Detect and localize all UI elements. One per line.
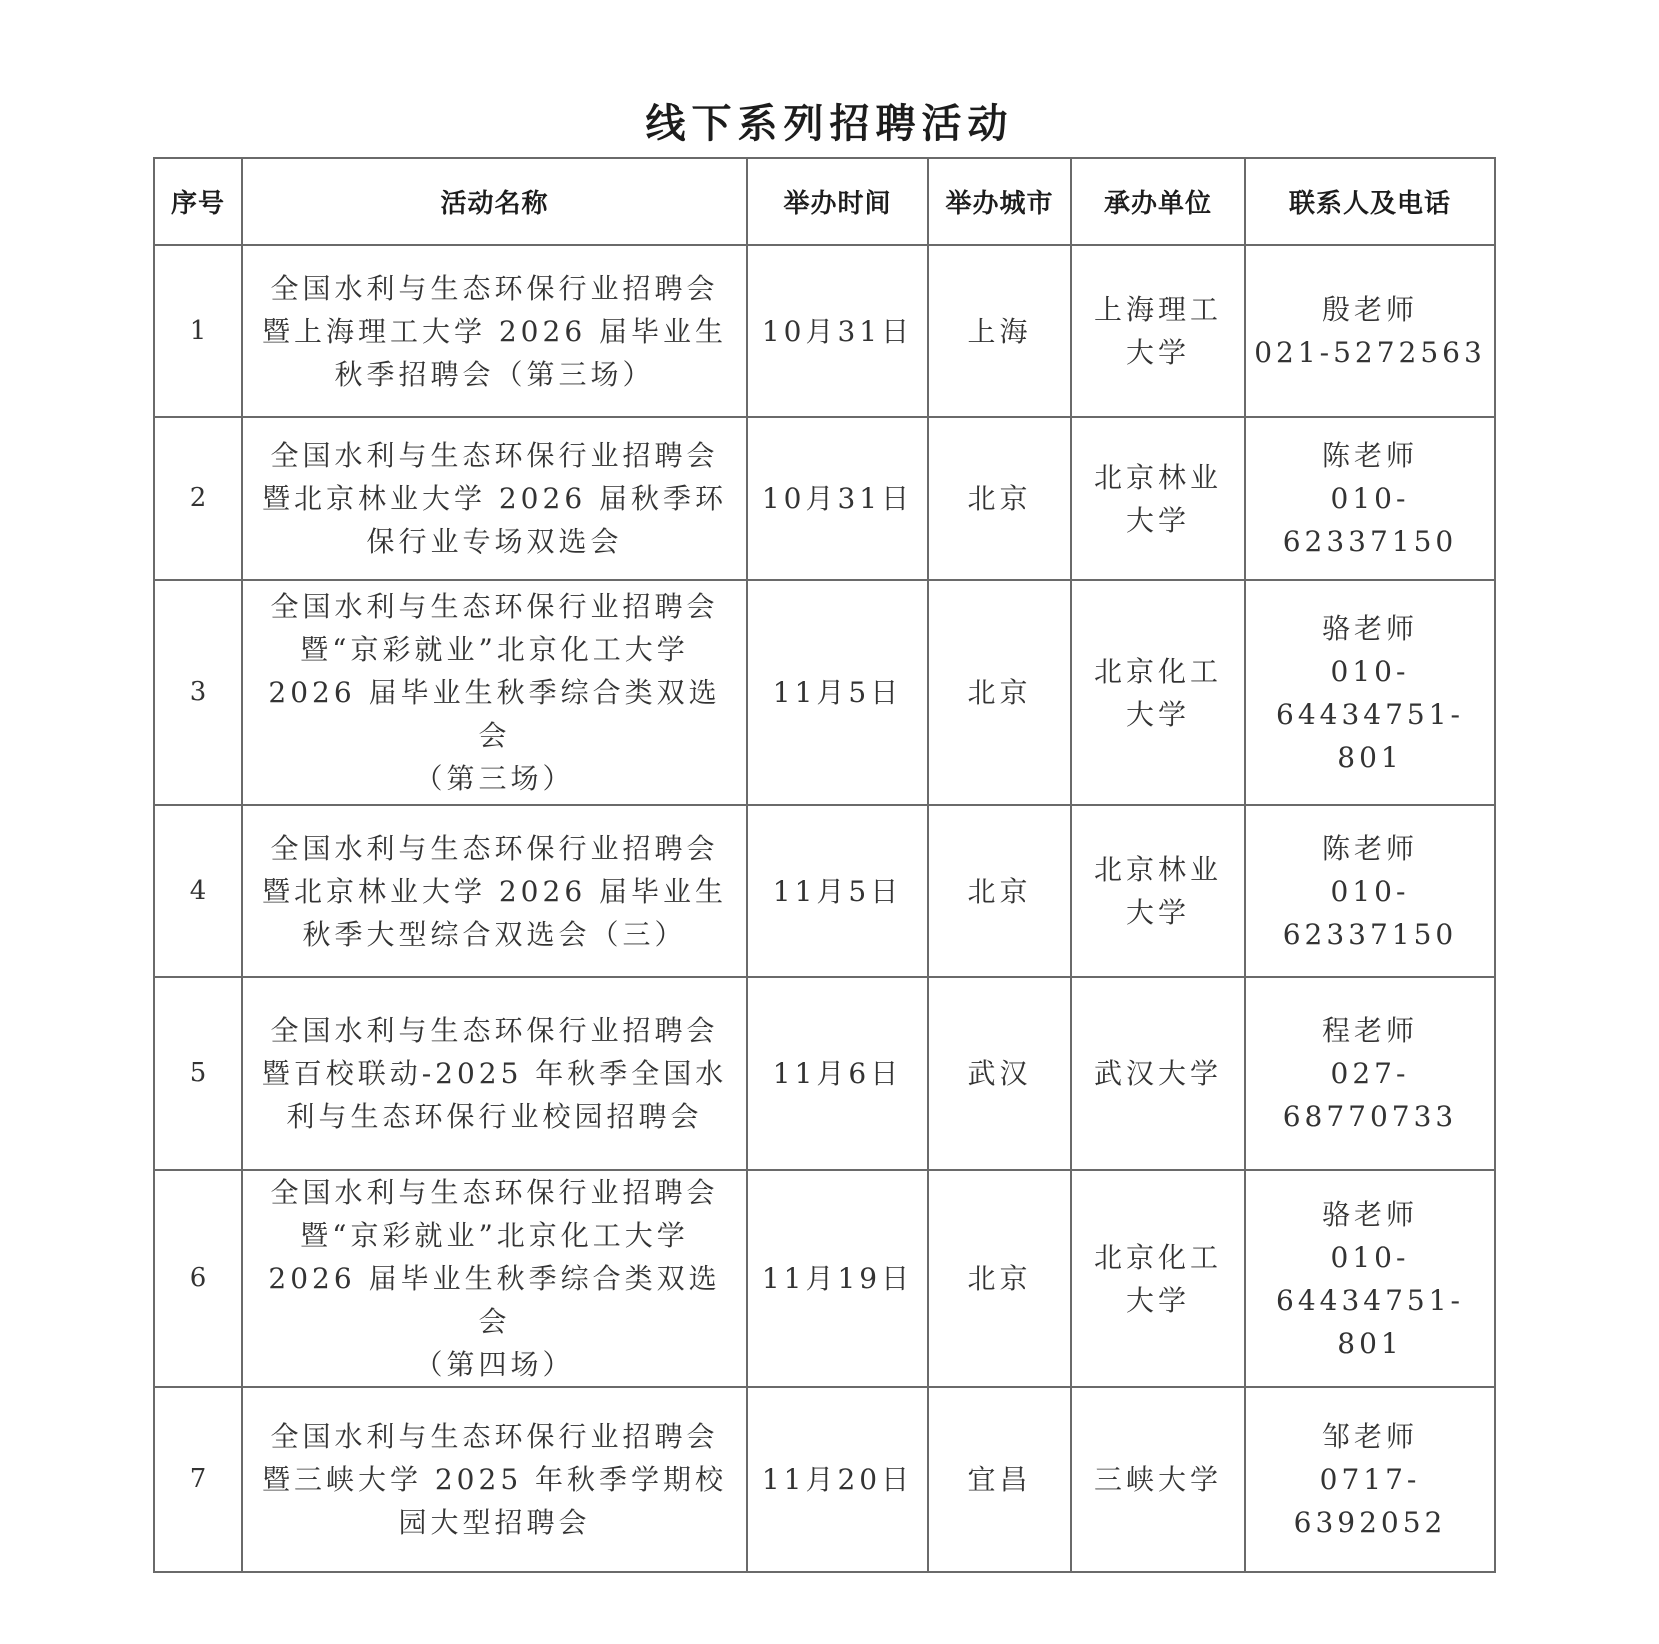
contact-line: 程老师 xyxy=(1246,1009,1494,1052)
cell-host: 北京林业大学 xyxy=(1071,805,1245,977)
cell-no: 4 xyxy=(154,805,242,977)
cell-host: 北京化工大学 xyxy=(1071,1170,1245,1387)
header-city: 举办城市 xyxy=(928,158,1071,245)
event-name-line: （第三场） xyxy=(259,757,730,800)
cell-date: 10月31日 xyxy=(747,417,928,580)
cell-city: 北京 xyxy=(928,1170,1071,1387)
cell-city: 宜昌 xyxy=(928,1387,1071,1572)
header-date: 举办时间 xyxy=(747,158,928,245)
host-line: 北京林业 xyxy=(1072,848,1244,891)
contact-line: 010-64434751- xyxy=(1246,650,1494,736)
event-name-line: 暨百校联动-2025 年秋季全国水 xyxy=(259,1052,730,1095)
table-header-row: 序号 活动名称 举办时间 举办城市 承办单位 联系人及电话 xyxy=(154,158,1495,245)
host-line: 北京林业 xyxy=(1072,456,1244,499)
event-name-line: 2026 届毕业生秋季综合类双选会 xyxy=(259,671,730,757)
cell-host: 上海理工大学 xyxy=(1071,245,1245,417)
cell-date: 11月20日 xyxy=(747,1387,928,1572)
host-line: 大学 xyxy=(1072,891,1244,934)
cell-host: 北京林业大学 xyxy=(1071,417,1245,580)
cell-no: 6 xyxy=(154,1170,242,1387)
table-row: 1全国水利与生态环保行业招聘会暨上海理工大学 2026 届毕业生秋季招聘会（第三… xyxy=(154,245,1495,417)
contact-line: 陈老师 xyxy=(1246,827,1494,870)
cell-no: 3 xyxy=(154,580,242,805)
contact-line: 0717-6392052 xyxy=(1246,1458,1494,1544)
cell-no: 5 xyxy=(154,977,242,1170)
contact-line: 殷老师 xyxy=(1246,288,1494,331)
table-row: 2全国水利与生态环保行业招聘会暨北京林业大学 2026 届秋季环保行业专场双选会… xyxy=(154,417,1495,580)
host-line: 大学 xyxy=(1072,499,1244,542)
header-event-name: 活动名称 xyxy=(242,158,747,245)
event-name-line: 全国水利与生态环保行业招聘会 xyxy=(259,434,730,477)
cell-city: 北京 xyxy=(928,580,1071,805)
page-title: 线下系列招聘活动 xyxy=(0,96,1659,152)
recruitment-events-table: 序号 活动名称 举办时间 举办城市 承办单位 联系人及电话 1全国水利与生态环保… xyxy=(153,157,1496,1573)
event-name-line: 暨北京林业大学 2026 届毕业生 xyxy=(259,870,730,913)
cell-contact: 邹老师0717-6392052 xyxy=(1245,1387,1495,1572)
contact-line: 801 xyxy=(1246,736,1494,779)
contact-line: 010-62337150 xyxy=(1246,870,1494,956)
contact-line: 骆老师 xyxy=(1246,607,1494,650)
cell-event-name: 全国水利与生态环保行业招聘会暨百校联动-2025 年秋季全国水利与生态环保行业校… xyxy=(242,977,747,1170)
host-line: 武汉大学 xyxy=(1072,1052,1244,1095)
table-row: 5全国水利与生态环保行业招聘会暨百校联动-2025 年秋季全国水利与生态环保行业… xyxy=(154,977,1495,1170)
event-name-line: 2026 届毕业生秋季综合类双选会 xyxy=(259,1257,730,1343)
cell-no: 2 xyxy=(154,417,242,580)
cell-contact: 陈老师010-62337150 xyxy=(1245,805,1495,977)
cell-host: 三峡大学 xyxy=(1071,1387,1245,1572)
cell-city: 武汉 xyxy=(928,977,1071,1170)
host-line: 大学 xyxy=(1072,331,1244,374)
cell-city: 北京 xyxy=(928,417,1071,580)
cell-city: 上海 xyxy=(928,245,1071,417)
cell-contact: 骆老师010-64434751-801 xyxy=(1245,1170,1495,1387)
cell-event-name: 全国水利与生态环保行业招聘会暨上海理工大学 2026 届毕业生秋季招聘会（第三场… xyxy=(242,245,747,417)
cell-no: 7 xyxy=(154,1387,242,1572)
event-name-line: 全国水利与生态环保行业招聘会 xyxy=(259,1415,730,1458)
host-line: 上海理工 xyxy=(1072,288,1244,331)
contact-line: 027-68770733 xyxy=(1246,1052,1494,1138)
table-row: 4全国水利与生态环保行业招聘会暨北京林业大学 2026 届毕业生秋季大型综合双选… xyxy=(154,805,1495,977)
event-name-line: 全国水利与生态环保行业招聘会 xyxy=(259,267,730,310)
table-row: 6全国水利与生态环保行业招聘会暨“京彩就业”北京化工大学2026 届毕业生秋季综… xyxy=(154,1170,1495,1387)
contact-line: 010-64434751- xyxy=(1246,1236,1494,1322)
cell-contact: 殷老师021-5272563 xyxy=(1245,245,1495,417)
event-name-line: 全国水利与生态环保行业招聘会 xyxy=(259,585,730,628)
cell-event-name: 全国水利与生态环保行业招聘会暨“京彩就业”北京化工大学2026 届毕业生秋季综合… xyxy=(242,580,747,805)
cell-event-name: 全国水利与生态环保行业招聘会暨三峡大学 2025 年秋季学期校园大型招聘会 xyxy=(242,1387,747,1572)
cell-date: 11月5日 xyxy=(747,580,928,805)
table-body: 1全国水利与生态环保行业招聘会暨上海理工大学 2026 届毕业生秋季招聘会（第三… xyxy=(154,245,1495,1572)
host-line: 北京化工 xyxy=(1072,650,1244,693)
cell-host: 北京化工大学 xyxy=(1071,580,1245,805)
cell-no: 1 xyxy=(154,245,242,417)
cell-contact: 程老师027-68770733 xyxy=(1245,977,1495,1170)
cell-date: 11月6日 xyxy=(747,977,928,1170)
cell-event-name: 全国水利与生态环保行业招聘会暨“京彩就业”北京化工大学2026 届毕业生秋季综合… xyxy=(242,1170,747,1387)
event-name-line: 利与生态环保行业校园招聘会 xyxy=(259,1095,730,1138)
event-name-line: 暨三峡大学 2025 年秋季学期校 xyxy=(259,1458,730,1501)
event-name-line: 暨上海理工大学 2026 届毕业生 xyxy=(259,310,730,353)
event-name-line: 保行业专场双选会 xyxy=(259,520,730,563)
host-line: 北京化工 xyxy=(1072,1236,1244,1279)
header-host: 承办单位 xyxy=(1071,158,1245,245)
header-contact: 联系人及电话 xyxy=(1245,158,1495,245)
event-name-line: （第四场） xyxy=(259,1343,730,1386)
cell-date: 11月5日 xyxy=(747,805,928,977)
event-name-line: 全国水利与生态环保行业招聘会 xyxy=(259,827,730,870)
contact-line: 邹老师 xyxy=(1246,1415,1494,1458)
cell-city: 北京 xyxy=(928,805,1071,977)
event-name-line: 暨北京林业大学 2026 届秋季环 xyxy=(259,477,730,520)
cell-event-name: 全国水利与生态环保行业招聘会暨北京林业大学 2026 届毕业生秋季大型综合双选会… xyxy=(242,805,747,977)
header-no: 序号 xyxy=(154,158,242,245)
cell-date: 11月19日 xyxy=(747,1170,928,1387)
event-name-line: 秋季招聘会（第三场） xyxy=(259,353,730,396)
contact-line: 801 xyxy=(1246,1322,1494,1365)
cell-contact: 陈老师010-62337150 xyxy=(1245,417,1495,580)
host-line: 三峡大学 xyxy=(1072,1458,1244,1501)
event-name-line: 秋季大型综合双选会（三） xyxy=(259,913,730,956)
contact-line: 021-5272563 xyxy=(1246,331,1494,374)
cell-host: 武汉大学 xyxy=(1071,977,1245,1170)
contact-line: 陈老师 xyxy=(1246,434,1494,477)
cell-date: 10月31日 xyxy=(747,245,928,417)
event-name-line: 暨“京彩就业”北京化工大学 xyxy=(259,1214,730,1257)
event-name-line: 全国水利与生态环保行业招聘会 xyxy=(259,1171,730,1214)
host-line: 大学 xyxy=(1072,1279,1244,1322)
host-line: 大学 xyxy=(1072,693,1244,736)
event-name-line: 全国水利与生态环保行业招聘会 xyxy=(259,1009,730,1052)
table-row: 7全国水利与生态环保行业招聘会暨三峡大学 2025 年秋季学期校园大型招聘会11… xyxy=(154,1387,1495,1572)
cell-event-name: 全国水利与生态环保行业招聘会暨北京林业大学 2026 届秋季环保行业专场双选会 xyxy=(242,417,747,580)
cell-contact: 骆老师010-64434751-801 xyxy=(1245,580,1495,805)
contact-line: 骆老师 xyxy=(1246,1193,1494,1236)
event-name-line: 暨“京彩就业”北京化工大学 xyxy=(259,628,730,671)
contact-line: 010-62337150 xyxy=(1246,477,1494,563)
table-row: 3全国水利与生态环保行业招聘会暨“京彩就业”北京化工大学2026 届毕业生秋季综… xyxy=(154,580,1495,805)
event-name-line: 园大型招聘会 xyxy=(259,1501,730,1544)
